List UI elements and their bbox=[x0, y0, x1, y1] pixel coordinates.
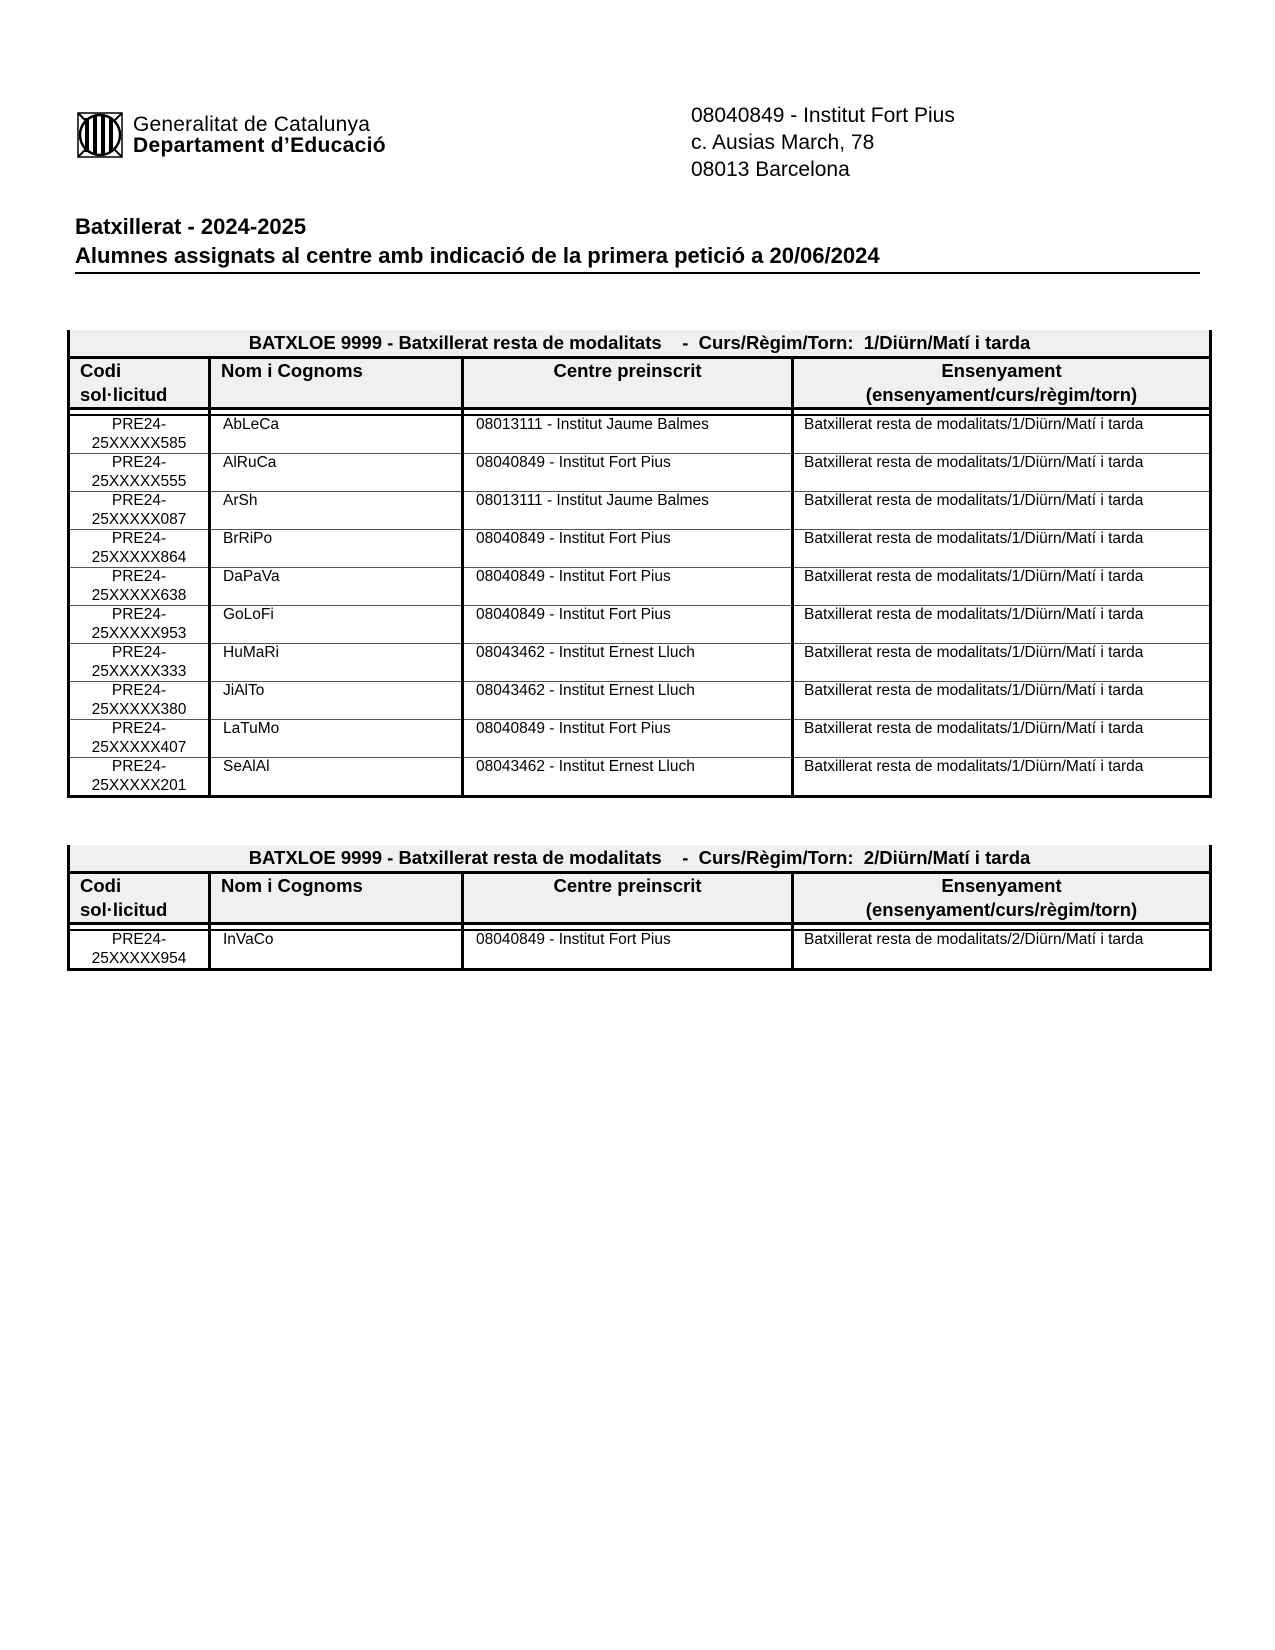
table-row: PRE24-25XXXXX585AbLeCa08013111 - Institu… bbox=[69, 415, 1211, 454]
table-row: PRE24-25XXXXX407LaTuMo08040849 - Institu… bbox=[69, 720, 1211, 758]
student-name: DaPaVa bbox=[210, 568, 463, 606]
table-row: PRE24-25XXXXX201SeAlAl08043462 - Institu… bbox=[69, 758, 1211, 797]
request-code: PRE24-25XXXXX638 bbox=[69, 568, 210, 606]
preinscribed-centre: 08040849 - Institut Fort Pius bbox=[463, 930, 793, 970]
table-row: PRE24-25XXXXX333HuMaRi08043462 - Institu… bbox=[69, 644, 1211, 682]
ensenyament: Batxillerat resta de modalitats/1/Diürn/… bbox=[793, 415, 1211, 454]
student-name: ArSh bbox=[210, 492, 463, 530]
preinscribed-centre: 08043462 - Institut Ernest Lluch bbox=[463, 644, 793, 682]
table-row: PRE24-25XXXXX954InVaCo08040849 - Institu… bbox=[69, 930, 1211, 970]
table-row: PRE24-25XXXXX380JiAlTo08043462 - Institu… bbox=[69, 682, 1211, 720]
table-row: PRE24-25XXXXX087ArSh08013111 - Institut … bbox=[69, 492, 1211, 530]
student-name: HuMaRi bbox=[210, 644, 463, 682]
group-title: BATXLOE 9999 - Batxillerat resta de moda… bbox=[69, 330, 1211, 358]
table-row: PRE24-25XXXXX638DaPaVa08040849 - Institu… bbox=[69, 568, 1211, 606]
preinscribed-centre: 08013111 - Institut Jaume Balmes bbox=[463, 492, 793, 530]
group-title: BATXLOE 9999 - Batxillerat resta de moda… bbox=[69, 845, 1211, 873]
preinscribed-centre: 08013111 - Institut Jaume Balmes bbox=[463, 415, 793, 454]
table-row: PRE24-25XXXXX953GoLoFi08040849 - Institu… bbox=[69, 606, 1211, 644]
school-city: 08013 Barcelona bbox=[691, 156, 955, 183]
table-row: PRE24-25XXXXX864BrRiPo08040849 - Institu… bbox=[69, 530, 1211, 568]
column-header-centre: Centre preinscrit bbox=[463, 873, 793, 924]
request-code: PRE24-25XXXXX333 bbox=[69, 644, 210, 682]
request-code: PRE24-25XXXXX087 bbox=[69, 492, 210, 530]
ensenyament: Batxillerat resta de modalitats/1/Diürn/… bbox=[793, 492, 1211, 530]
request-code: PRE24-25XXXXX954 bbox=[69, 930, 210, 970]
ensenyament: Batxillerat resta de modalitats/1/Diürn/… bbox=[793, 454, 1211, 492]
column-header-code: Codisol·licitud bbox=[69, 358, 210, 409]
group-table-curs-2: BATXLOE 9999 - Batxillerat resta de moda… bbox=[67, 845, 1212, 971]
student-name: InVaCo bbox=[210, 930, 463, 970]
request-code: PRE24-25XXXXX953 bbox=[69, 606, 210, 644]
column-header-name: Nom i Cognoms bbox=[210, 358, 463, 409]
ensenyament: Batxillerat resta de modalitats/1/Diürn/… bbox=[793, 720, 1211, 758]
preinscribed-centre: 08040849 - Institut Fort Pius bbox=[463, 720, 793, 758]
ensenyament: Batxillerat resta de modalitats/1/Diürn/… bbox=[793, 682, 1211, 720]
column-header-centre: Centre preinscrit bbox=[463, 358, 793, 409]
request-code: PRE24-25XXXXX585 bbox=[69, 415, 210, 454]
document-subtitle: Alumnes assignats al centre amb indicaci… bbox=[75, 241, 1200, 270]
logo-department: Departament d’Educació bbox=[133, 135, 386, 156]
student-name: JiAlTo bbox=[210, 682, 463, 720]
document-titles: Batxillerat - 2024-2025 Alumnes assignat… bbox=[75, 212, 1200, 274]
ensenyament: Batxillerat resta de modalitats/1/Diürn/… bbox=[793, 758, 1211, 797]
document-title: Batxillerat - 2024-2025 bbox=[75, 212, 1200, 241]
ensenyament: Batxillerat resta de modalitats/1/Diürn/… bbox=[793, 568, 1211, 606]
request-code: PRE24-25XXXXX201 bbox=[69, 758, 210, 797]
preinscribed-centre: 08040849 - Institut Fort Pius bbox=[463, 606, 793, 644]
school-address: 08040849 - Institut Fort Pius c. Ausias … bbox=[691, 102, 955, 183]
student-name: LaTuMo bbox=[210, 720, 463, 758]
request-code: PRE24-25XXXXX380 bbox=[69, 682, 210, 720]
ensenyament: Batxillerat resta de modalitats/1/Diürn/… bbox=[793, 530, 1211, 568]
column-header-name: Nom i Cognoms bbox=[210, 873, 463, 924]
logo-institution: Generalitat de Catalunya bbox=[133, 114, 386, 135]
table-row: PRE24-25XXXXX555AlRuCa08040849 - Institu… bbox=[69, 454, 1211, 492]
column-header-ensenyament: Ensenyament(ensenyament/curs/règim/torn) bbox=[793, 873, 1211, 924]
ensenyament: Batxillerat resta de modalitats/2/Diürn/… bbox=[793, 930, 1211, 970]
group-table-curs-1: BATXLOE 9999 - Batxillerat resta de moda… bbox=[67, 330, 1212, 798]
catalonia-coat-of-arms-icon bbox=[77, 112, 123, 158]
preinscribed-centre: 08040849 - Institut Fort Pius bbox=[463, 568, 793, 606]
student-name: BrRiPo bbox=[210, 530, 463, 568]
request-code: PRE24-25XXXXX555 bbox=[69, 454, 210, 492]
school-name: 08040849 - Institut Fort Pius bbox=[691, 102, 955, 129]
school-street: c. Ausias March, 78 bbox=[691, 129, 955, 156]
student-name: AlRuCa bbox=[210, 454, 463, 492]
logo: Generalitat de Catalunya Departament d’E… bbox=[77, 112, 386, 158]
student-name: AbLeCa bbox=[210, 415, 463, 454]
student-name: GoLoFi bbox=[210, 606, 463, 644]
column-header-ensenyament: Ensenyament(ensenyament/curs/règim/torn) bbox=[793, 358, 1211, 409]
preinscribed-centre: 08040849 - Institut Fort Pius bbox=[463, 454, 793, 492]
preinscribed-centre: 08040849 - Institut Fort Pius bbox=[463, 530, 793, 568]
preinscribed-centre: 08043462 - Institut Ernest Lluch bbox=[463, 682, 793, 720]
ensenyament: Batxillerat resta de modalitats/1/Diürn/… bbox=[793, 606, 1211, 644]
preinscribed-centre: 08043462 - Institut Ernest Lluch bbox=[463, 758, 793, 797]
column-header-code: Codisol·licitud bbox=[69, 873, 210, 924]
request-code: PRE24-25XXXXX407 bbox=[69, 720, 210, 758]
student-name: SeAlAl bbox=[210, 758, 463, 797]
request-code: PRE24-25XXXXX864 bbox=[69, 530, 210, 568]
ensenyament: Batxillerat resta de modalitats/1/Diürn/… bbox=[793, 644, 1211, 682]
